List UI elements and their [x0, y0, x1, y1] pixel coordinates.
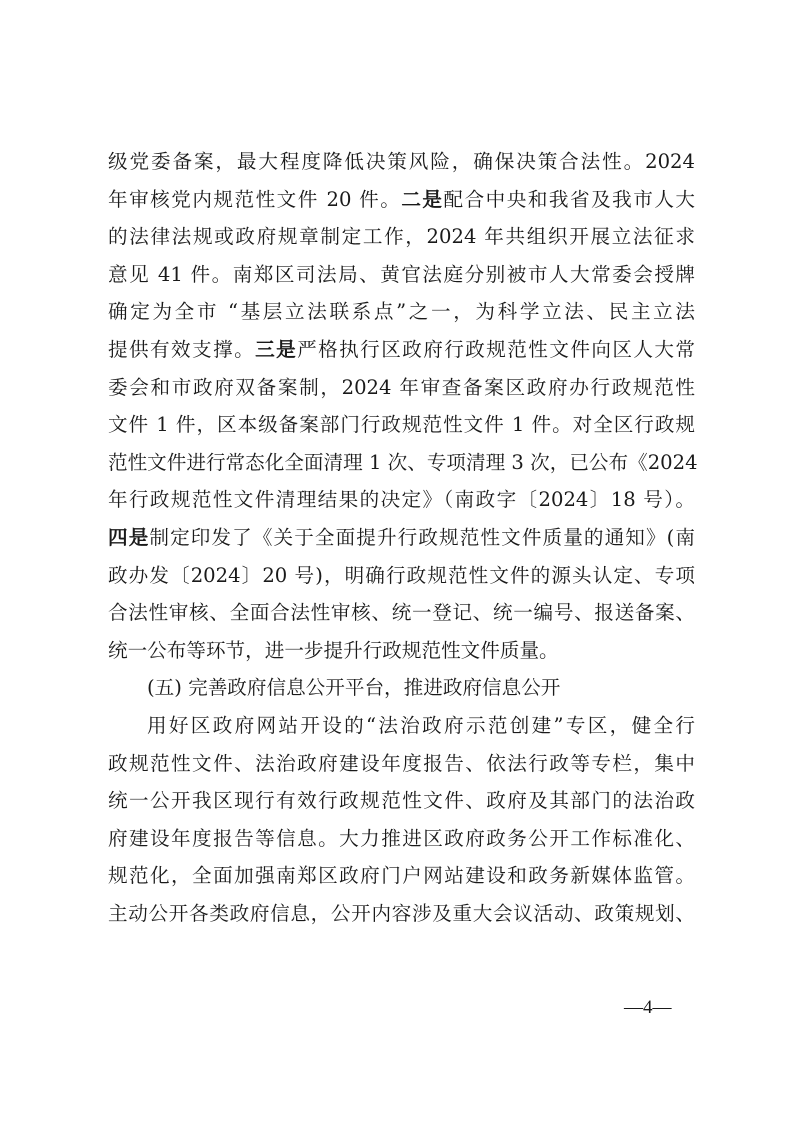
text-line: 委会和市政府双备案制，2024 年审查备案区政府办行政规范性 — [108, 369, 695, 407]
text-line: 统一公开我区现行有效行政规范性文件、政府及其部门的法治政 — [108, 782, 695, 820]
text-segment: 配合中央和我省及我市人大 — [444, 188, 696, 211]
text-line: 的法律法规或政府规章制定工作，2024 年共组织开展立法征求 — [108, 218, 695, 256]
text-line: 政规范性文件、法治政府建设年度报告、依法行政等专栏，集中 — [108, 745, 695, 783]
text-segment: 制定印发了《关于全面提升行政规范性文件质量的通知》(南 — [149, 526, 695, 549]
text-line: 四是制定印发了《关于全面提升行政规范性文件质量的通知》(南 — [108, 519, 695, 557]
text-segment: 严格执行区政府行政规范性文件向区人大常 — [297, 338, 695, 361]
body-text: 级党委备案，最大程度降低决策风险，确保决策合法性。2024 年审核党内规范性文件… — [108, 143, 695, 932]
text-line: 意见 41 件。南郑区司法局、黄官法庭分别被市人大常委会授牌 — [108, 256, 695, 294]
bold-marker: 二是 — [401, 188, 443, 211]
text-line: 规范化，全面加强南郑区政府门户网站建设和政务新媒体监管。 — [108, 857, 695, 895]
text-line: 年行政规范性文件清理结果的决定》（南政字〔2024〕18 号）。 — [108, 481, 695, 519]
section-heading: (五) 完善政府信息公开平台，推进政府信息公开 — [108, 669, 695, 707]
text-line: 府建设年度报告等信息。大力推进区政府政务公开工作标准化、 — [108, 820, 695, 858]
bold-marker: 三是 — [255, 338, 297, 361]
text-line: 统一公布等环节，进一步提升行政规范性文件质量。 — [108, 632, 695, 670]
text-line: 文件 1 件，区本级备案部门行政规范性文件 1 件。对全区行政规 — [108, 406, 695, 444]
text-line: 确定为全市 “基层立法联系点”之一，为科学立法、民主立法 — [108, 293, 695, 331]
text-line: 政办发〔2024〕20 号)，明确行政规范性文件的源头认定、专项 — [108, 557, 695, 595]
text-line: 提供有效支撑。三是严格执行区政府行政规范性文件向区人大常 — [108, 331, 695, 369]
bold-marker: 四是 — [108, 526, 149, 549]
text-line: 合法性审核、全面合法性审核、统一登记、统一编号、报送备案、 — [108, 594, 695, 632]
text-line: 级党委备案，最大程度降低决策风险，确保决策合法性。2024 — [108, 143, 695, 181]
text-line: 用好区政府网站开设的“法治政府示范创建”专区，健全行 — [108, 707, 695, 745]
text-line: 范性文件进行常态化全面清理 1 次、专项清理 3 次，已公布《2024 — [108, 444, 695, 482]
text-segment: 提供有效支撑。 — [108, 338, 255, 361]
text-segment: 年审核党内规范性文件 20 件。 — [108, 188, 401, 211]
document-page: 级党委备案，最大程度降低决策风险，确保决策合法性。2024 年审核党内规范性文件… — [0, 0, 792, 1121]
page-number: —4— — [624, 997, 672, 1019]
text-line: 主动公开各类政府信息，公开内容涉及重大会议活动、政策规划、 — [108, 895, 695, 933]
text-line: 年审核党内规范性文件 20 件。二是配合中央和我省及我市人大 — [108, 181, 695, 219]
